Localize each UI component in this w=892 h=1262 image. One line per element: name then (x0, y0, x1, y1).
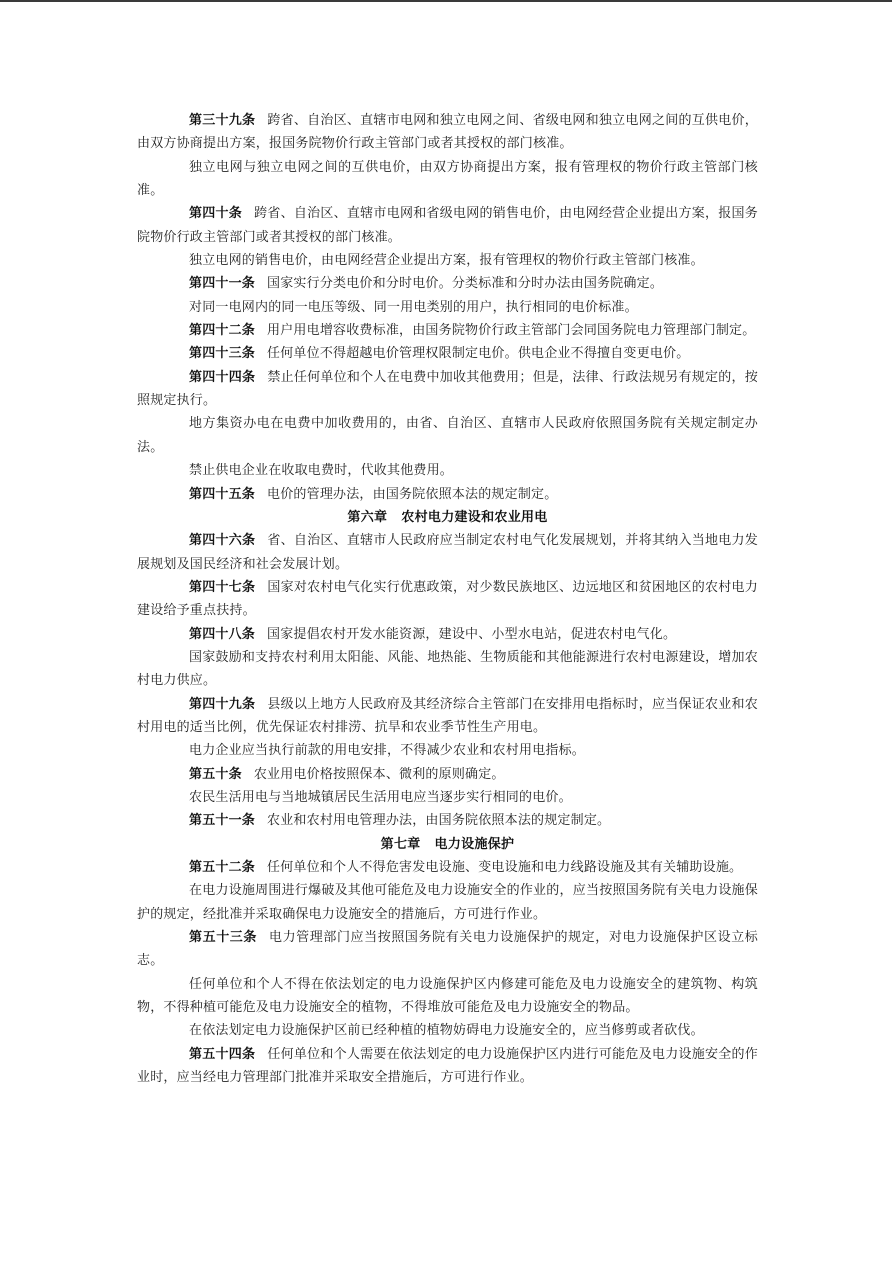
article-paragraph: 第四十二条用户用电增容收费标准，由国务院物价行政主管部门会同国务院电力管理部门制… (137, 319, 758, 342)
article-paragraph: 第四十五条电价的管理办法，由国务院依照本法的规定制定。 (137, 483, 758, 506)
article-number: 第四十四条 (189, 370, 255, 385)
body-paragraph: 在电力设施周围进行爆破及其他可能危及电力设施安全的作业的，应当按照国务院有关电力… (137, 879, 758, 926)
paragraph-text: 农民生活用电与当地城镇居民生活用电应当逐步实行相同的电价。 (189, 790, 572, 805)
body-paragraph: 在依法划定电力设施保护区前已经种植的植物妨碍电力设施安全的，应当修剪或者砍伐。 (137, 1019, 758, 1042)
article-paragraph: 第四十三条任何单位不得超越电价管理权限制定电价。供电企业不得擅自变更电价。 (137, 342, 758, 365)
article-paragraph: 第四十四条禁止任何单位和个人在电费中加收其他费用；但是，法律、行政法规另有规定的… (137, 366, 758, 413)
paragraph-text: 农业用电价格按照保本、微利的原则确定。 (254, 767, 505, 782)
paragraph-text: 电价的管理办法，由国务院依照本法的规定制定。 (267, 487, 557, 502)
paragraph-text: 国家实行分类电价和分时电价。分类标准和分时办法由国务院确定。 (267, 276, 663, 291)
body-paragraph: 对同一电网内的同一电压等级、同一用电类别的用户，执行相同的电价标准。 (137, 296, 758, 319)
article-paragraph: 第四十七条国家对农村电气化实行优惠政策，对少数民族地区、边远地区和贫困地区的农村… (137, 576, 758, 623)
body-paragraph: 农民生活用电与当地城镇居民生活用电应当逐步实行相同的电价。 (137, 786, 758, 809)
article-paragraph: 第四十条跨省、自治区、直辖市电网和省级电网的销售电价，由电网经营企业提出方案，报… (137, 202, 758, 249)
article-number: 第四十六条 (189, 533, 255, 548)
body-paragraph: 独立电网与独立电网之间的互供电价，由双方协商提出方案，报有管理权的物价行政主管部… (137, 156, 758, 203)
article-number: 第四十三条 (189, 346, 255, 361)
article-paragraph: 第四十九条县级以上地方人民政府及其经济综合主管部门在安排用电指标时，应当保证农业… (137, 693, 758, 740)
paragraph-text: 禁止供电企业在收取电费时，代收其他费用。 (189, 463, 453, 478)
article-number: 第五十二条 (189, 860, 255, 875)
paragraph-text: 独立电网与独立电网之间的互供电价，由双方协商提出方案，报有管理权的物价行政主管部… (137, 160, 758, 198)
article-number: 第四十一条 (189, 276, 255, 291)
paragraph-text: 任何单位和个人不得危害发电设施、变电设施和电力线路设施及其有关辅助设施。 (267, 860, 742, 875)
paragraph-text: 国家提倡农村开发水能资源，建设中、小型水电站，促进农村电气化。 (267, 627, 676, 642)
article-number: 第四十条 (189, 206, 242, 221)
chapter-heading: 第六章农村电力建设和农业用电 (137, 506, 758, 529)
body-paragraph: 禁止供电企业在收取电费时，代收其他费用。 (137, 459, 758, 482)
article-paragraph: 第五十条农业用电价格按照保本、微利的原则确定。 (137, 763, 758, 786)
article-paragraph: 第四十八条国家提倡农村开发水能资源，建设中、小型水电站，促进农村电气化。 (137, 623, 758, 646)
chapter-number: 第七章 (381, 837, 421, 852)
article-number: 第四十九条 (189, 697, 255, 712)
body-paragraph: 地方集资办电在电费中加收费用的，由省、自治区、直辖市人民政府依照国务院有关规定制… (137, 412, 758, 459)
document-page: 第三十九条跨省、自治区、直辖市电网和独立电网之间、省级电网和独立电网之间的互供电… (137, 109, 758, 1089)
chapter-heading: 第七章电力设施保护 (137, 833, 758, 856)
paragraph-text: 国家鼓励和支持农村利用太阳能、风能、地热能、生物质能和其他能源进行农村电源建设，… (137, 650, 758, 688)
article-number: 第四十七条 (189, 580, 255, 595)
article-number: 第三十九条 (189, 113, 255, 128)
article-paragraph: 第四十六条省、自治区、直辖市人民政府应当制定农村电气化发展规划，并将其纳入当地电… (137, 529, 758, 576)
paragraph-text: 用户用电增容收费标准，由国务院物价行政主管部门会同国务院电力管理部门制定。 (267, 323, 755, 338)
article-number: 第四十八条 (189, 627, 255, 642)
chapter-title: 农村电力建设和农业用电 (401, 510, 547, 525)
article-paragraph: 第五十一条农业和农村用电管理办法，由国务院依照本法的规定制定。 (137, 809, 758, 832)
article-paragraph: 第五十四条任何单位和个人需要在依法划定的电力设施保护区内进行可能危及电力设施安全… (137, 1043, 758, 1090)
article-number: 第五十一条 (189, 813, 255, 828)
paragraph-text: 地方集资办电在电费中加收费用的，由省、自治区、直辖市人民政府依照国务院有关规定制… (137, 416, 758, 454)
paragraph-text: 对同一电网内的同一电压等级、同一用电类别的用户，执行相同的电价标准。 (189, 300, 638, 315)
body-paragraph: 国家鼓励和支持农村利用太阳能、风能、地热能、生物质能和其他能源进行农村电源建设，… (137, 646, 758, 693)
chapter-title: 电力设施保护 (435, 837, 515, 852)
paragraph-text: 电力企业应当执行前款的用电安排，不得减少农业和农村用电指标。 (189, 743, 585, 758)
article-paragraph: 第三十九条跨省、自治区、直辖市电网和独立电网之间、省级电网和独立电网之间的互供电… (137, 109, 758, 156)
body-paragraph: 独立电网的销售电价，由电网经营企业提出方案，报有管理权的物价行政主管部门核准。 (137, 249, 758, 272)
article-paragraph: 第五十三条电力管理部门应当按照国务院有关电力设施保护的规定，对电力设施保护区设立… (137, 926, 758, 973)
paragraph-text: 任何单位和个人不得在依法划定的电力设施保护区内修建可能危及电力设施安全的建筑物、… (137, 977, 758, 1015)
paragraph-text: 独立电网的销售电价，由电网经营企业提出方案，报有管理权的物价行政主管部门核准。 (189, 253, 704, 268)
article-number: 第四十二条 (189, 323, 255, 338)
chapter-number: 第六章 (347, 510, 387, 525)
article-paragraph: 第五十二条任何单位和个人不得危害发电设施、变电设施和电力线路设施及其有关辅助设施… (137, 856, 758, 879)
article-number: 第五十三条 (189, 930, 257, 945)
article-number: 第五十四条 (189, 1047, 255, 1062)
article-paragraph: 第四十一条国家实行分类电价和分时电价。分类标准和分时办法由国务院确定。 (137, 272, 758, 295)
paragraph-text: 在电力设施周围进行爆破及其他可能危及电力设施安全的作业的，应当按照国务院有关电力… (137, 883, 758, 921)
paragraph-text: 任何单位不得超越电价管理权限制定电价。供电企业不得擅自变更电价。 (267, 346, 689, 361)
paragraph-text: 农业和农村用电管理办法，由国务院依照本法的规定制定。 (267, 813, 610, 828)
article-number: 第四十五条 (189, 487, 255, 502)
top-border (0, 0, 892, 2)
article-number: 第五十条 (189, 767, 242, 782)
body-paragraph: 任何单位和个人不得在依法划定的电力设施保护区内修建可能危及电力设施安全的建筑物、… (137, 973, 758, 1020)
paragraph-text: 在依法划定电力设施保护区前已经种植的植物妨碍电力设施安全的，应当修剪或者砍伐。 (189, 1023, 704, 1038)
body-paragraph: 电力企业应当执行前款的用电安排，不得减少农业和农村用电指标。 (137, 739, 758, 762)
